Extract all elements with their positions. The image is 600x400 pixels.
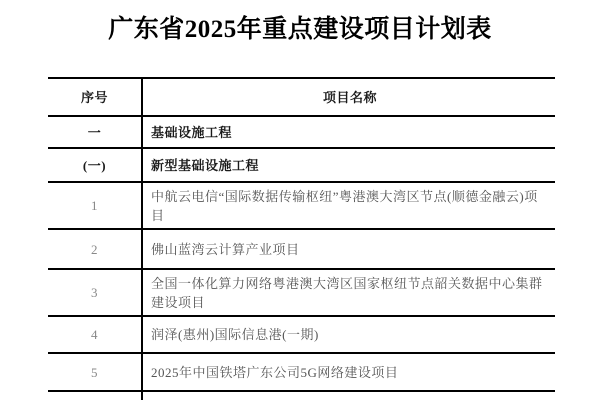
page-title: 广东省2025年重点建设项目计划表 — [0, 14, 600, 46]
row-project-name: 中航云电信“国际数据传输枢纽”粤港澳大湾区节点(顺德金融云)项目 — [142, 182, 555, 229]
table-row: 一 基础设施工程 — [48, 116, 555, 148]
row-serial: 5 — [48, 353, 142, 391]
row-serial: 2 — [48, 229, 142, 269]
row-serial: 4 — [48, 316, 142, 353]
table-row: 2 佛山蓝湾云计算产业项目 — [48, 229, 555, 269]
document-page: 广东省2025年重点建设项目计划表 序号 项目名称 一 基础设施工程 (一) 新… — [0, 0, 600, 400]
row-serial: 3 — [48, 269, 142, 316]
row-serial: (一) — [48, 148, 142, 182]
table-row-partial — [48, 391, 555, 400]
row-project-name: 佛山蓝湾云计算产业项目 — [142, 229, 555, 269]
table-row: 3 全国一体化算力网络粤港澳大湾区国家枢纽节点韶关数据中心集群建设项目 — [48, 269, 555, 316]
row-serial — [48, 391, 142, 400]
row-serial: 1 — [48, 182, 142, 229]
column-header-project-name: 项目名称 — [142, 78, 555, 116]
row-project-name: 2025年中国铁塔广东公司5G网络建设项目 — [142, 353, 555, 391]
table-row: 5 2025年中国铁塔广东公司5G网络建设项目 — [48, 353, 555, 391]
row-serial: 一 — [48, 116, 142, 148]
row-project-name: 润泽(惠州)国际信息港(一期) — [142, 316, 555, 353]
table-row: 1 中航云电信“国际数据传输枢纽”粤港澳大湾区节点(顺德金融云)项目 — [48, 182, 555, 229]
project-table: 序号 项目名称 一 基础设施工程 (一) 新型基础设施工程 1 中航云电信“国际… — [48, 77, 555, 400]
row-project-name — [142, 391, 555, 400]
table-row: 4 润泽(惠州)国际信息港(一期) — [48, 316, 555, 353]
table-row: (一) 新型基础设施工程 — [48, 148, 555, 182]
row-project-name: 新型基础设施工程 — [142, 148, 555, 182]
row-project-name: 全国一体化算力网络粤港澳大湾区国家枢纽节点韶关数据中心集群建设项目 — [142, 269, 555, 316]
column-header-serial: 序号 — [48, 78, 142, 116]
row-project-name: 基础设施工程 — [142, 116, 555, 148]
table-header-row: 序号 项目名称 — [48, 78, 555, 116]
